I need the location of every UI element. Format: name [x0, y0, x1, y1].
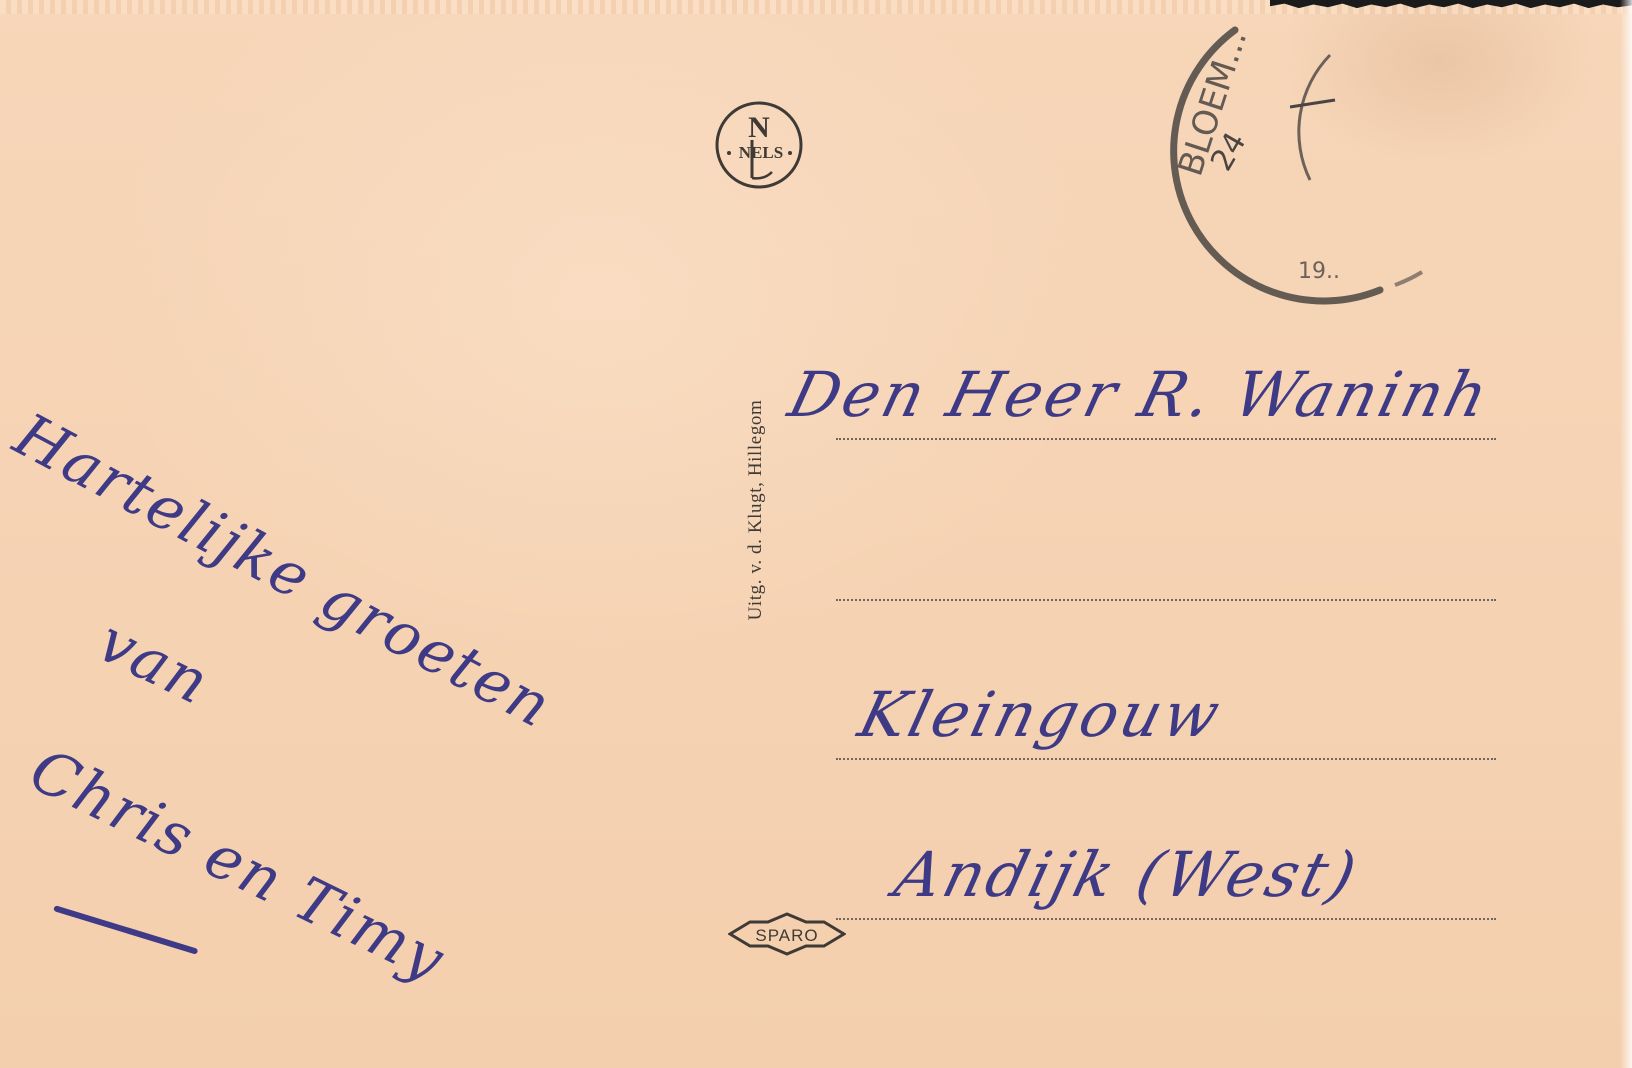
circular-postmark-stamp-icon: BLOEM... 24 19..: [1160, 0, 1480, 320]
nels-logo-text: NELS: [739, 143, 783, 162]
handwritten-greeting-line-1: Hartelijke groeten: [3, 400, 563, 742]
address-line-1: [836, 438, 1496, 440]
sparo-logo-text: SPARO: [755, 926, 818, 945]
handwritten-address-line-3: Kleingouw: [852, 678, 1230, 751]
right-card-edge: [1620, 0, 1632, 1068]
handwritten-address-line-1: Den Heer R. Waninh: [782, 358, 1498, 431]
sparo-diamond-logo-icon: SPARO: [728, 912, 846, 956]
postcard-back: N NELS Uitg. v. d. Klugt, Hillegom SPARO…: [0, 0, 1632, 1068]
address-line-4: [836, 918, 1496, 920]
handwritten-greeting-line-2: van: [87, 606, 220, 719]
address-line-3: [836, 758, 1496, 760]
address-line-2: [836, 599, 1496, 601]
signature-underline-stroke: [53, 905, 198, 955]
handwritten-greeting-signature: Chris en Timy: [19, 735, 456, 996]
handwritten-address-line-4: Andijk (West): [888, 838, 1366, 911]
svg-text:N: N: [748, 111, 770, 144]
postmark-year-text: 19..: [1298, 259, 1340, 284]
publisher-imprint: Uitg. v. d. Klugt, Hillegom: [745, 400, 767, 621]
nels-monogram-logo-icon: N NELS: [714, 100, 804, 190]
